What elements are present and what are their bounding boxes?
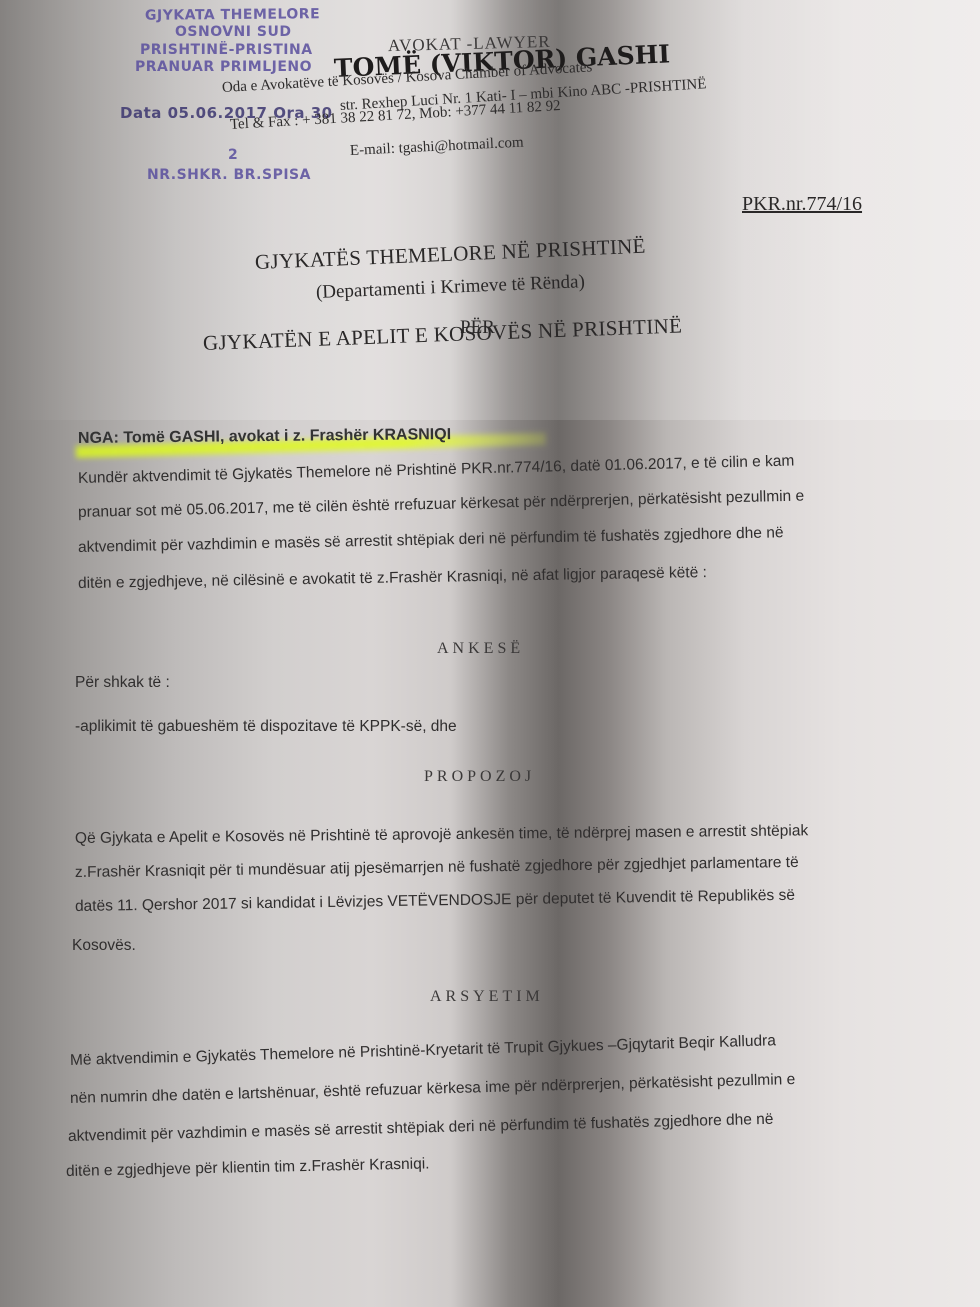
section-heading-propozoj: PROPOZOJ bbox=[424, 768, 535, 786]
ankese-item: -aplikimit të gabueshëm të dispozitave t… bbox=[75, 718, 457, 736]
stamp-line: PRISHTINË-PRISTINA bbox=[140, 42, 313, 58]
court-first-instance: GJYKATËS THEMELORE NË PRISHTINË bbox=[254, 234, 646, 275]
case-reference: PKR.nr.774/16 bbox=[742, 193, 862, 216]
court-of-appeal: GJYKATËN E APELIT E KOSOVËS NË PRISHTINË bbox=[203, 313, 683, 356]
section-heading-arsyetim: ARSYETIM bbox=[430, 988, 544, 1006]
paragraph-line: Kundër aktvendimit të Gjykatës Themelore… bbox=[78, 452, 795, 488]
paragraph-line: Kosovës. bbox=[72, 937, 136, 955]
email-line: E-mail: tgashi@hotmail.com bbox=[350, 135, 524, 160]
stamp-register: NR.SHKR. BR.SPISA bbox=[147, 167, 311, 183]
paragraph-line: Që Gjykata e Apelit e Kosovës në Prishti… bbox=[75, 822, 808, 848]
stamp-line: OSNOVNI SUD bbox=[175, 24, 291, 40]
ankese-intro: Për shkak të : bbox=[75, 674, 170, 692]
department: (Departamenti i Krimeve të Rënda) bbox=[316, 271, 586, 304]
stamp-number: 2 bbox=[228, 147, 238, 163]
paragraph-line: aktvendimit për vazhdimin e masës së arr… bbox=[68, 1111, 774, 1146]
stamp-line: GJYKATA THEMELORE bbox=[145, 6, 320, 24]
paragraph-line: ditën e zgjedhjeve, në cilësinë e avokat… bbox=[78, 564, 707, 593]
paragraph-line: aktvendimit për vazhdimin e masës së arr… bbox=[78, 524, 784, 557]
paragraph-line: Më aktvendimin e Gjykatës Themelore në P… bbox=[70, 1032, 776, 1070]
paragraph-line: pranuar sot më 05.06.2017, me të cilën ë… bbox=[78, 488, 805, 522]
stamp-line: PRANUAR PRIMLJENO bbox=[135, 59, 312, 75]
paragraph-line: z.Frashër Krasniqit për ti mundësuar ati… bbox=[75, 854, 799, 882]
paragraph-line: nën numrin dhe datën e lartshënuar, ësht… bbox=[70, 1071, 796, 1108]
paragraph-line: ditën e zgjedhjeve për klientin tim z.Fr… bbox=[66, 1155, 430, 1181]
section-heading-ankese: ANKESË bbox=[437, 640, 524, 658]
paragraph-line: datës 11. Qershor 2017 si kandidat i Lëv… bbox=[75, 887, 795, 916]
